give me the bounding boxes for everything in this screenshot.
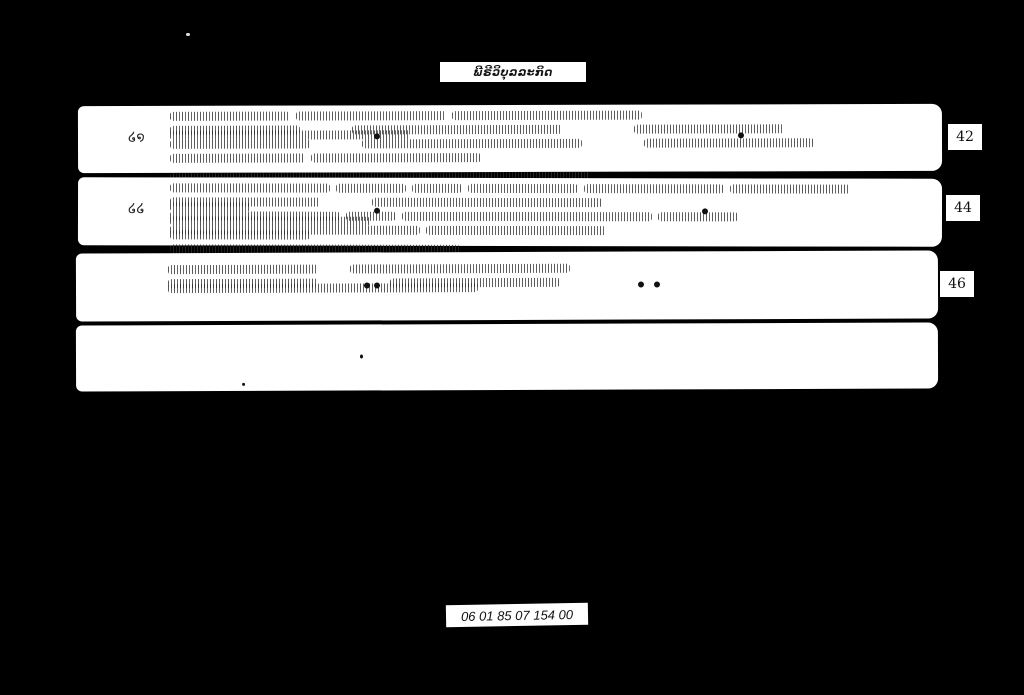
speck: [360, 355, 363, 359]
manuscript-title-label: ພີຣີວິບຸລລະກິດ: [440, 62, 586, 82]
punctuation-mark: [702, 208, 708, 214]
palm-leaf-2: ໒໒: [78, 177, 942, 247]
leaf-number: ໒໒: [128, 201, 145, 216]
punctuation-mark: [738, 132, 744, 138]
punctuation-mark: [654, 281, 660, 287]
palm-leaf-3: [76, 250, 938, 321]
reference-number-label: 06 01 85 07 154 00: [446, 603, 588, 627]
punctuation-mark: [374, 133, 380, 139]
palm-leaf-4-blank: [76, 322, 938, 391]
manuscript-text: [168, 263, 858, 315]
manuscript-text: [170, 183, 862, 240]
punctuation-mark: [374, 208, 380, 214]
palm-leaf-1: ໒໑: [78, 104, 942, 173]
punctuation-mark: [638, 282, 644, 288]
punctuation-mark: [374, 282, 380, 288]
manuscript-text: [170, 110, 862, 167]
leaf-number: ໒໑: [128, 130, 145, 145]
frame-number-44: 44: [946, 195, 980, 221]
frame-number-42: 42: [948, 124, 982, 150]
punctuation-mark: [364, 282, 370, 288]
dust-speck: [186, 33, 190, 36]
frame-number-46: 46: [940, 271, 974, 297]
speck: [242, 383, 245, 386]
